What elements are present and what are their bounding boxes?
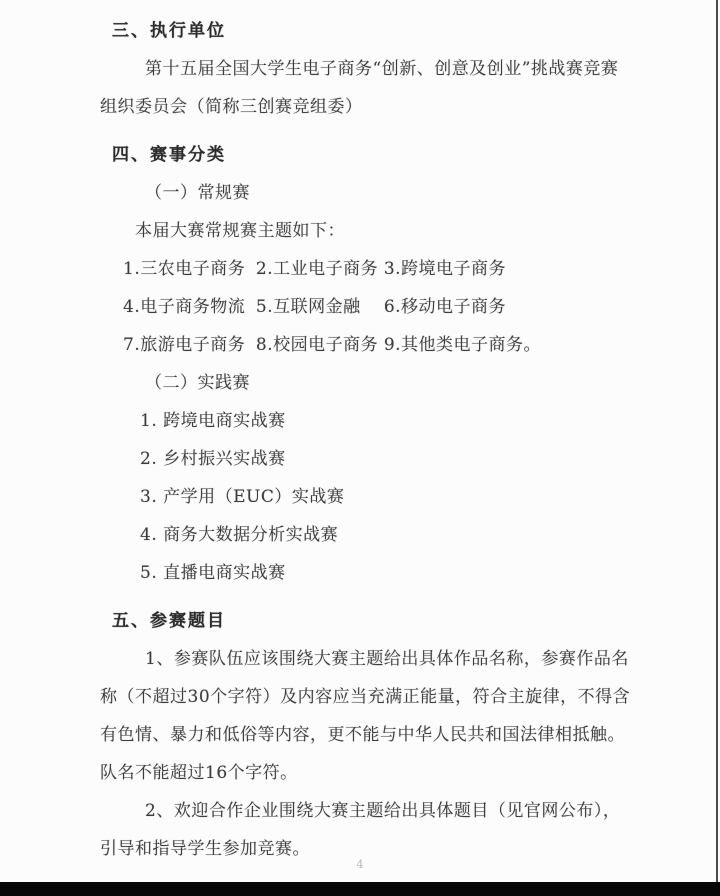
page-number: 4 <box>357 858 364 871</box>
practice-item: 3. 产学用（EUC）实战赛 <box>140 478 624 516</box>
practice-item: 2. 乡村振兴实战赛 <box>140 440 624 478</box>
paragraph-line: 第十五届全国大学生电子商务“创新、创意及创业”挑战赛竞赛 <box>145 50 624 88</box>
document-page: 三、执行单位 第十五届全国大学生电子商务“创新、创意及创业”挑战赛竞赛 组织委员… <box>0 0 720 896</box>
practice-item: 1. 跨境电商实战赛 <box>140 402 624 440</box>
paragraph-line: 队名不能超过16个字符。 <box>100 754 624 792</box>
paragraph-line: 有色情、暴力和低俗等内容，更不能与中华人民共和国法律相抵触。 <box>100 716 624 754</box>
practice-item: 5. 直播电商实战赛 <box>140 554 624 592</box>
scan-bottom-black-bar <box>0 882 720 896</box>
section-heading-executing-unit: 三、执行单位 <box>112 12 624 50</box>
theme-item: 5.互联网金融 <box>256 288 378 326</box>
theme-item: 2.工业电子商务 <box>256 250 378 288</box>
paragraph-line: 1、参赛队伍应该围绕大赛主题给出具体作品名称，参赛作品名 <box>145 640 624 678</box>
theme-item: 3.跨境电子商务 <box>384 250 506 288</box>
theme-item: 6.移动电子商务 <box>384 288 506 326</box>
theme-row: 4.电子商务物流 5.互联网金融 6.移动电子商务 <box>123 288 624 326</box>
theme-item: 9.其他类电子商务。 <box>384 326 541 364</box>
theme-row: 1.三农电子商务 2.工业电子商务 3.跨境电子商务 <box>123 250 624 288</box>
section-heading-competition-classification: 四、赛事分类 <box>112 136 624 174</box>
scan-right-edge-line <box>716 0 718 896</box>
paragraph-line: 组织委员会（简称三创赛竞组委） <box>100 88 624 126</box>
scanned-document-view: 三、执行单位 第十五届全国大学生电子商务“创新、创意及创业”挑战赛竞赛 组织委员… <box>0 0 720 896</box>
themes-intro-line: 本届大赛常规赛主题如下： <box>135 212 624 250</box>
subsection-title-practice: （二）实践赛 <box>145 364 624 402</box>
paragraph-line: 称（不超过30个字符）及内容应当充满正能量，符合主旋律，不得含 <box>100 678 624 716</box>
theme-item: 4.电子商务物流 <box>123 288 250 326</box>
theme-item: 1.三农电子商务 <box>123 250 250 288</box>
paragraph-line: 2、欢迎合作企业围绕大赛主题给出具体题目（见官网公布）， <box>145 792 624 830</box>
theme-item: 7.旅游电子商务 <box>123 326 250 364</box>
section-heading-entry-topics: 五、参赛题目 <box>112 602 624 640</box>
theme-row: 7.旅游电子商务 8.校园电子商务 9.其他类电子商务。 <box>123 326 624 364</box>
theme-item: 8.校园电子商务 <box>256 326 378 364</box>
subsection-title-regular: （一）常规赛 <box>145 174 624 212</box>
practice-item: 4. 商务大数据分析实战赛 <box>140 516 624 554</box>
